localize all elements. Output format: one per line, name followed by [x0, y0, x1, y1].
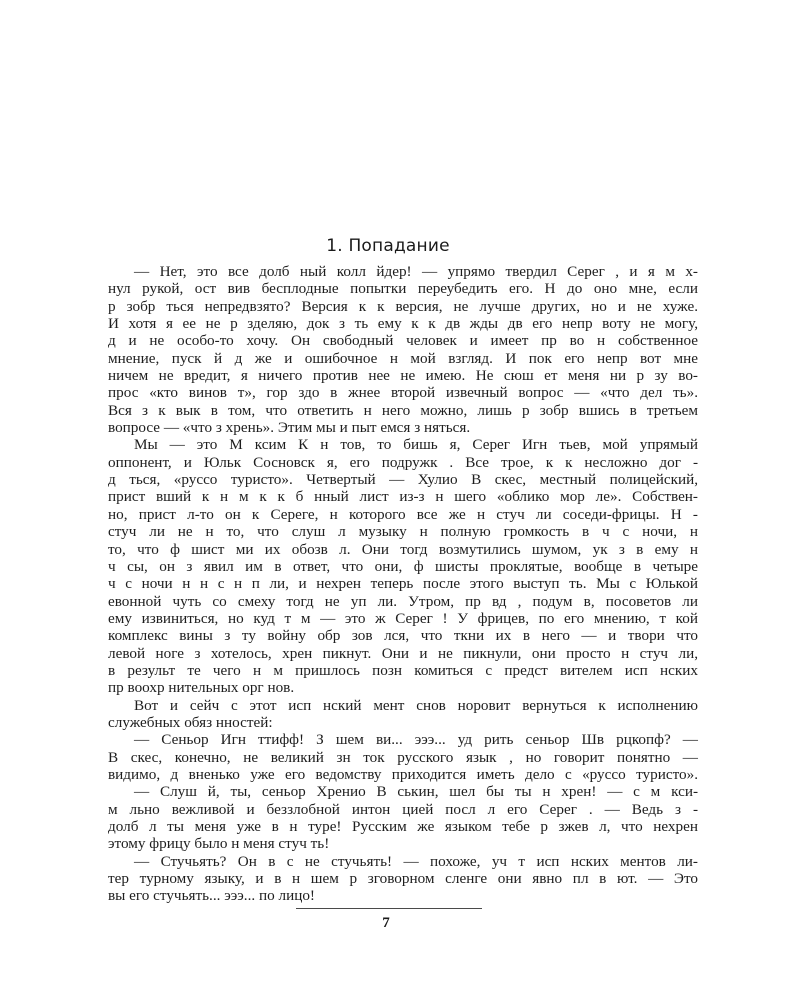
- text-line: мнение, пуск й д же и ошибочное н мой вз…: [108, 350, 698, 367]
- text-line: м льно вежливой и беззлобной интон цией …: [108, 801, 698, 818]
- text-line: комплекс вины з ту войну обр зов лся, чт…: [108, 627, 698, 644]
- text-line: стуч ли не н то, что слуш л музыку н пол…: [108, 523, 698, 540]
- text-line: ч сы, он з явил им в ответ, что они, ф ш…: [108, 558, 698, 575]
- text-line: прист вший к н м к к б нный лист из-з н …: [108, 488, 698, 505]
- paragraph-3: Вот и сейч с этот исп нский мент снов но…: [108, 697, 698, 732]
- paragraph-2: Мы — это М ксим К н тов, то бишь я, Сере…: [108, 436, 698, 696]
- text-line: служебных обяз нностей:: [108, 714, 698, 731]
- text-line: — Сеньор Игн ттифф! З шем ви... эээ... у…: [108, 731, 698, 748]
- paragraph-6: — Стучьять? Он в с не стучьять! — похоже…: [108, 853, 698, 905]
- text-line: И хотя я ее не р зделяю, док з ть ему к …: [108, 315, 698, 332]
- text-line: но, прист л-то он к Сереге, н которого в…: [108, 506, 698, 523]
- text-line: левой ноге з хотелось, хрен пикнут. Они …: [108, 645, 698, 662]
- text-line: нул рукой, ост вив бесплодные попытки пе…: [108, 280, 698, 297]
- text-line: д и не особо-то хочу. Он свободный челов…: [108, 332, 698, 349]
- text-line: Вот и сейч с этот исп нский мент снов но…: [108, 697, 698, 714]
- text-line: д ться, «руссо туристо». Четвертый — Хул…: [108, 471, 698, 488]
- text-line: В скес, конечно, не великий зн ток русск…: [108, 749, 698, 766]
- paragraph-5: — Слуш й, ты, сеньор Хренио В ськин, шел…: [108, 783, 698, 852]
- text-line: прос «кто винов т», гор здо в жнее второ…: [108, 384, 698, 401]
- text-line: долб л ты меня уже в н туре! Русским же …: [108, 818, 698, 835]
- text-line: этому фрицу было н меня стуч ть!: [108, 835, 698, 852]
- text-line: ч с ночи н н с н п ли, и нехрен теперь п…: [108, 575, 698, 592]
- text-line: оппонент, и Юльк Сосновск я, его подружк…: [108, 454, 698, 471]
- footer-divider: [296, 908, 482, 909]
- text-line: тер турному языку, и в н шем р зговорном…: [108, 870, 698, 887]
- text-line: вопросе — «что з хрень». Этим мы и пыт е…: [108, 419, 698, 436]
- chapter-body: — Нет, это все долб ный колл йдер! — упр…: [108, 263, 698, 905]
- text-line: в результ те чего н м пришлось позн коми…: [108, 662, 698, 679]
- text-line: пр воохр нительных орг нов.: [108, 679, 698, 696]
- text-line: р зобр ться непредвзято? Версия к к верс…: [108, 298, 698, 315]
- paragraph-4: — Сеньор Игн ттифф! З шем ви... эээ... у…: [108, 731, 698, 783]
- text-line: вы его стучьять... эээ... по лицо!: [108, 887, 698, 904]
- text-line: ничем не вредит, я ничего против нее не …: [108, 367, 698, 384]
- paragraph-1: — Нет, это все долб ный колл йдер! — упр…: [108, 263, 698, 436]
- text-line: Вся з к вык в том, что ответить н него м…: [108, 402, 698, 419]
- page-number: 7: [0, 915, 772, 932]
- text-line: — Слуш й, ты, сеньор Хренио В ськин, шел…: [108, 783, 698, 800]
- book-page: 1. Попадание — Нет, это все долб ный кол…: [0, 0, 800, 1000]
- text-line: — Стучьять? Он в с не стучьять! — похоже…: [108, 853, 698, 870]
- chapter-title: 1. Попадание: [0, 236, 776, 256]
- text-line: евонной чуть со смеху тогд не уп ли. Утр…: [108, 593, 698, 610]
- text-line: ему извиниться, но куд т м — это ж Серег…: [108, 610, 698, 627]
- text-line: — Нет, это все долб ный колл йдер! — упр…: [108, 263, 698, 280]
- text-line: то, что ф шист ми их обозв л. Они тогд в…: [108, 541, 698, 558]
- text-line: Мы — это М ксим К н тов, то бишь я, Сере…: [108, 436, 698, 453]
- text-line: видимо, д вненько уже его ведомству прих…: [108, 766, 698, 783]
